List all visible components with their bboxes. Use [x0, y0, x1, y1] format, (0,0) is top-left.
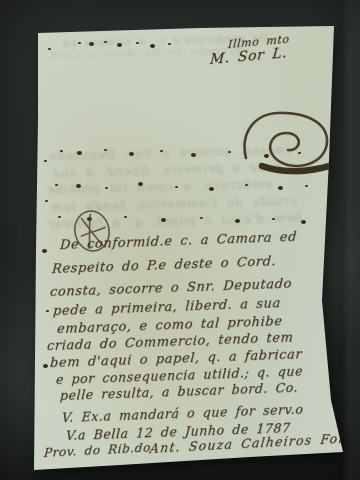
office-abbrev: Prov. do Rib.do	[43, 440, 151, 460]
ink-specks	[55, 184, 58, 186]
ink-specks	[44, 160, 47, 162]
ink-specks	[78, 42, 81, 44]
ink-specks	[58, 216, 61, 218]
manuscript-page: De conformid.e c. a Camara ed Respeito d…	[0, 0, 360, 480]
body-line: Respeito do P.e deste o Cord.	[51, 254, 276, 277]
ink-specks	[60, 150, 63, 152]
rubric-flourish-icon	[236, 108, 336, 176]
photograph-of-manuscript: De conformid.e c. a Camara ed Respeito d…	[0, 0, 360, 480]
bleed-through-line: embaraço, e como tal prohibe	[46, 177, 272, 197]
paper-shadow-wrap: De conformid.e c. a Camara ed Respeito d…	[0, 0, 360, 480]
